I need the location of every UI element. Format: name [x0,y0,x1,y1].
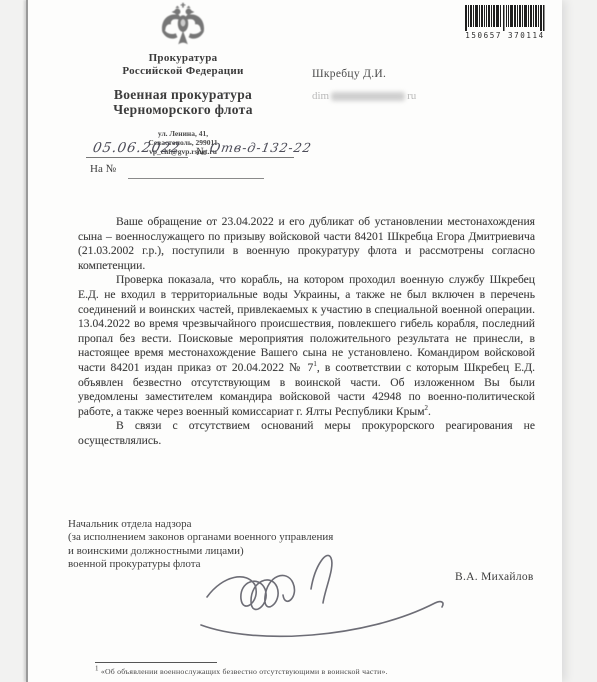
outgoing-date-handwritten: 05.06.2022 [92,140,182,156]
registration-barcode: 150657 370114 [465,5,545,40]
org-name-line2: Российской Федерации [58,65,308,78]
addressee-email-prefix: dim [312,90,329,102]
addressee-email: dim ru [312,90,416,102]
letter-page: Прокуратура Российской Федерации Военная… [26,0,562,682]
outgoing-number-field: Отв-д-132-22 [210,140,294,158]
org-name-line4: Черноморского флота [58,102,308,117]
footnote-1: 1 «Об объявлении военнослужащих безвестн… [95,667,525,676]
reply-to-blank-line [128,177,264,179]
outgoing-date-field: 05.06.2022 [86,140,188,158]
reply-to-label: На № [90,163,116,175]
photo-of-letter: { "letterhead": { "org_line1": "Прокурат… [0,0,597,682]
paragraph-2-text-c: . [428,405,431,418]
signer-name: В.А. Михайлов [455,571,534,583]
paragraph-2-text-a: Проверка показала, что корабль, на котор… [78,273,535,374]
footnote-separator [95,662,217,663]
paragraph-3: В связи с отсутствием оснований меры про… [78,419,535,448]
footnote-1-text: «Об объявлении военнослужащих безвестно … [101,667,388,676]
signer-title-line1: Начальник отдела надзора [68,518,333,531]
signer-title-line2: (за исполнением законов органами военног… [68,531,333,544]
outgoing-number-handwritten: Отв-д-132-22 [209,140,313,155]
coat-of-arms-eagle-icon [159,2,207,50]
paragraph-2: Проверка показала, что корабль, на котор… [78,273,535,419]
org-address-street: ул. Ленина, 41, [58,129,308,138]
addressee-email-suffix: ru [407,90,416,102]
barcode-digits: 150657 370114 [465,31,545,40]
handwritten-signature [193,545,473,650]
footnote-1-marker: 1 [95,664,99,672]
number-sign-label: № [196,146,207,158]
paragraph-1: Ваше обращение от 23.04.2022 и его дубли… [78,215,535,273]
org-name-line3: Военная прокуратура [58,87,308,102]
letter-body: Ваше обращение от 23.04.2022 и его дубли… [78,215,535,449]
addressee-email-redacted [331,92,405,101]
barcode-bars-icon [465,5,545,31]
addressee-name: Шкребцу Д.И. [312,68,386,80]
org-name-line1: Прокуратура [58,52,308,65]
